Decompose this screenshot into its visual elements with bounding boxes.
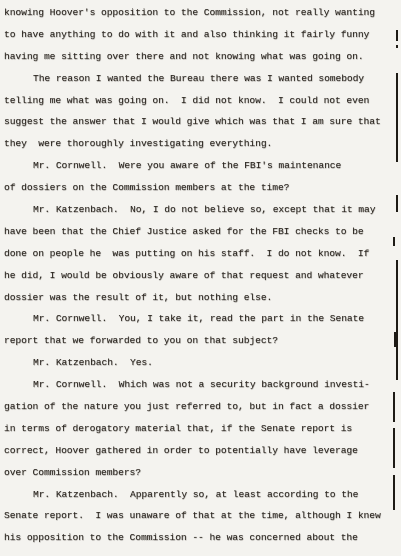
text-line: Mr. Katzenbach. Yes. — [4, 352, 398, 374]
text-line: his opposition to the Commission -- he w… — [4, 527, 398, 549]
text-line: Mr. Katzenbach. No, I do not believe so,… — [4, 199, 398, 221]
text-line: Senate report. I was unaware of that at … — [4, 505, 398, 527]
text-line: they were thoroughly investigating every… — [4, 133, 398, 155]
text-line: Mr. Cornwell. Which was not a security b… — [4, 374, 398, 396]
text-line: in terms of derogatory material that, if… — [4, 418, 398, 440]
text-line: Mr. Cornwell. You, I take it, read the p… — [4, 308, 398, 330]
text-line: report that we forwarded to you on that … — [4, 330, 398, 352]
text-line: have been that the Chief Justice asked f… — [4, 221, 398, 243]
text-line: The reason I wanted the Bureau there was… — [4, 68, 398, 90]
scan-artifact-line — [393, 392, 395, 422]
text-line: gation of the nature you just referred t… — [4, 396, 398, 418]
scan-artifact-line — [396, 195, 398, 212]
document-page: knowing Hoover's opposition to the Commi… — [0, 0, 401, 556]
text-line: to have anything to do with it and also … — [4, 24, 398, 46]
transcript-text-block: knowing Hoover's opposition to the Commi… — [4, 2, 398, 549]
scan-artifact-mark — [396, 45, 398, 48]
scan-artifact-mark — [393, 237, 395, 246]
scan-artifact-blob — [394, 332, 398, 347]
text-line: done on people he was putting on his sta… — [4, 243, 398, 265]
scan-artifact-line — [396, 73, 398, 162]
text-line: having me sitting over there and not kno… — [4, 46, 398, 68]
text-line: of dossiers on the Commission members at… — [4, 177, 398, 199]
text-line: over Commission members? — [4, 462, 398, 484]
text-line: dossier was the result of it, but nothin… — [4, 287, 398, 309]
text-line: he did, I would be obviously aware of th… — [4, 265, 398, 287]
text-line: knowing Hoover's opposition to the Commi… — [4, 2, 398, 24]
text-line: correct, Hoover gathered in order to pot… — [4, 440, 398, 462]
scan-artifact-line — [393, 428, 395, 468]
text-line: Mr. Cornwell. Were you aware of the FBI'… — [4, 155, 398, 177]
scan-artifact-line — [393, 475, 395, 510]
text-line: Mr. Katzenbach. Apparently so, at least … — [4, 484, 398, 506]
text-line: suggest the answer that I would give whi… — [4, 111, 398, 133]
scan-artifact-line — [396, 260, 398, 380]
scan-artifact-mark — [396, 30, 398, 41]
text-line: telling me what was going on. I did not … — [4, 90, 398, 112]
